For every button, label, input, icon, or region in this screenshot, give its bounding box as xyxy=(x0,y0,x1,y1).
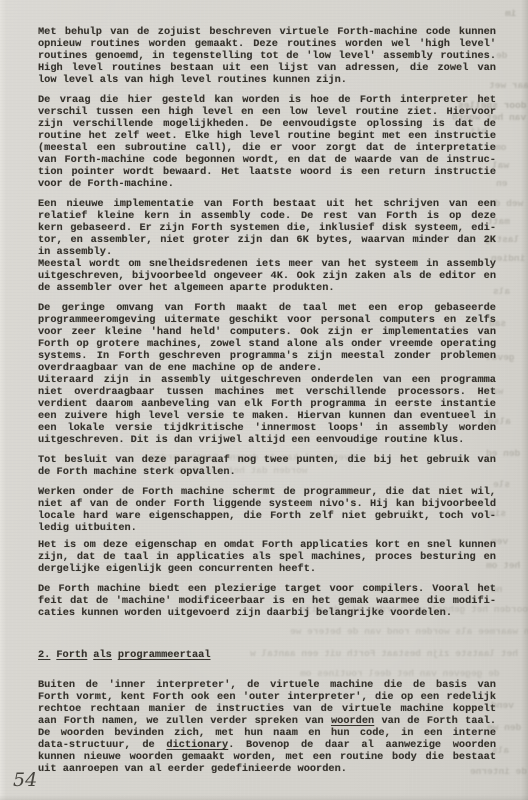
heading-word: Forth xyxy=(56,649,87,661)
heading-word: 2. xyxy=(38,649,50,661)
text-line: verschil tussen een high level en een lo… xyxy=(38,106,496,118)
text-line: Een nieuwe implementatie van Forth besta… xyxy=(38,198,496,210)
text-line: tion pointer wordt bewaard. Het laatste … xyxy=(38,166,496,178)
text-line: overdraagbaar van de ene machine op de a… xyxy=(38,362,496,374)
page-edge-left xyxy=(0,0,6,800)
text-line: Tot besluit van deze paragraaf nog twee … xyxy=(38,454,496,466)
bleedthrough-fragment: de xyxy=(496,50,507,61)
text-line: kunnen nieuwe woorden gemaakt worden, me… xyxy=(38,751,496,763)
heading-word: als xyxy=(93,649,112,661)
text-line: low level als van high level routines ku… xyxy=(38,74,496,86)
text-line: van Forth-machine code begonnen wordt, e… xyxy=(38,154,496,166)
text-line: High level routines bestaan uit een lijs… xyxy=(38,62,496,74)
text-line: caties kunnen worden uitgevoerd zijn daa… xyxy=(38,607,496,619)
text-line: in assembly. xyxy=(38,246,496,258)
text-line: een zuivere high level versie te maken. … xyxy=(38,410,496,422)
underlined-term: dictionary xyxy=(166,739,228,751)
text-line: de assembler over het algemeen aparte pr… xyxy=(38,282,496,294)
text-line: zijn, dat de taal in applicaties als spe… xyxy=(38,551,496,563)
heading-word: programmeertaal xyxy=(118,649,211,661)
text-line: ledig uitbuiten. xyxy=(38,522,496,534)
text-line: routine het zelf weet. Elke high level r… xyxy=(38,130,496,142)
text-line: Meestal wordt om snelheidsredenen iets m… xyxy=(38,258,496,270)
text-line: een lokale versie tijdkritische 'innermo… xyxy=(38,422,496,434)
section-heading: 2.Forthalsprogrammeertaal xyxy=(38,649,496,661)
text-line: De Forth machine biedt een plezierige ta… xyxy=(38,583,496,595)
text-line: rechtoe rechtaan manier de instructies v… xyxy=(38,703,496,715)
bleedthrough-fragment: en xyxy=(496,178,507,189)
text-line: routines genoemd, in tegenstelling tot d… xyxy=(38,50,496,62)
text-line: Buiten de 'inner interpreter', de virtue… xyxy=(38,679,496,691)
text-line: Werken onder de Forth machine schermt de… xyxy=(38,486,496,498)
text-line: zijn verschillende mogelijkheden. De een… xyxy=(38,118,496,130)
bleedthrough-fragment: im xyxy=(505,8,516,19)
text-line: niet af van de onder Forth liggende syst… xyxy=(38,498,496,510)
text-line: Forth vormt, kent Forth ook een 'outer i… xyxy=(38,691,496,703)
page-number: 54 xyxy=(13,769,37,791)
text-line: feit dat de 'machine' modificeerbaar is … xyxy=(38,595,496,607)
text-line: relatief kleine kern in assembly code. D… xyxy=(38,210,496,222)
text-line: De vraag die hier gesteld kan worden is … xyxy=(38,94,496,106)
page-edge-right xyxy=(521,0,528,800)
bleedthrough-fragment: om xyxy=(495,142,506,153)
text-line: Forth op grotere machines, zowel stand a… xyxy=(38,338,496,350)
text-line: systems. In Forth geschreven programma's… xyxy=(38,350,496,362)
text-line: uitgeschreven. Dit is dan vrijwel altijd… xyxy=(38,434,496,446)
text-line: (meestal een subroutine call), die er vo… xyxy=(38,142,496,154)
text-line: data-structuur, de dictionary. Bovenop d… xyxy=(38,739,496,751)
text-line: De woorden bevinden zich, met hun naam e… xyxy=(38,727,496,739)
text-line: uitgeschreven, bijvoorbeeld ongeveer 4K.… xyxy=(38,270,496,282)
text-line: Het is om deze eigenschap en omdat Forth… xyxy=(38,539,496,551)
text-line: Uiteraard zijn in assembly uitgeschreven… xyxy=(38,374,496,386)
text-line: voor de Forth-machine. xyxy=(38,178,496,190)
text-line: uit aanroepen van al eerder gedefinieerd… xyxy=(38,763,496,775)
text-line: tor, en assembler, niet groter zijn dan … xyxy=(38,234,496,246)
text-line: opnieuw routines worden gemaakt. Deze ro… xyxy=(38,38,496,50)
text-line: kern gebaseerd. Er zijn Forth systemen d… xyxy=(38,222,496,234)
text-line: aan Forth namen, we zullen verder spreke… xyxy=(38,715,496,727)
text-line: Met behulp van de zojuist beschreven vir… xyxy=(38,26,496,38)
page-edge-bottom xyxy=(0,795,528,800)
text-line: De geringe omvang van Forth maakt de taa… xyxy=(38,302,496,314)
text-line: dergelijke eigenlijk geen concurrenten h… xyxy=(38,563,496,575)
underlined-term: woorden xyxy=(331,715,374,727)
document-text: Met behulp van de zojuist beschreven vir… xyxy=(38,26,496,775)
text-line: programmeeromgeving uitermate geschikt v… xyxy=(38,314,496,326)
text-line: voor zeer kleine 'hand held' computers. … xyxy=(38,326,496,338)
text-line: locale hard ware eigenschappen, die Fort… xyxy=(38,510,496,522)
text-line: niet overdraagbaar tussen machines met v… xyxy=(38,386,496,398)
scanned-page: imdenaar wetdoor spellesond-deel van het… xyxy=(0,0,528,800)
text-line: verdient daarom aanbeveling van elk Fort… xyxy=(38,398,496,410)
text-line: de Forth machine sterk opvallen. xyxy=(38,466,496,478)
